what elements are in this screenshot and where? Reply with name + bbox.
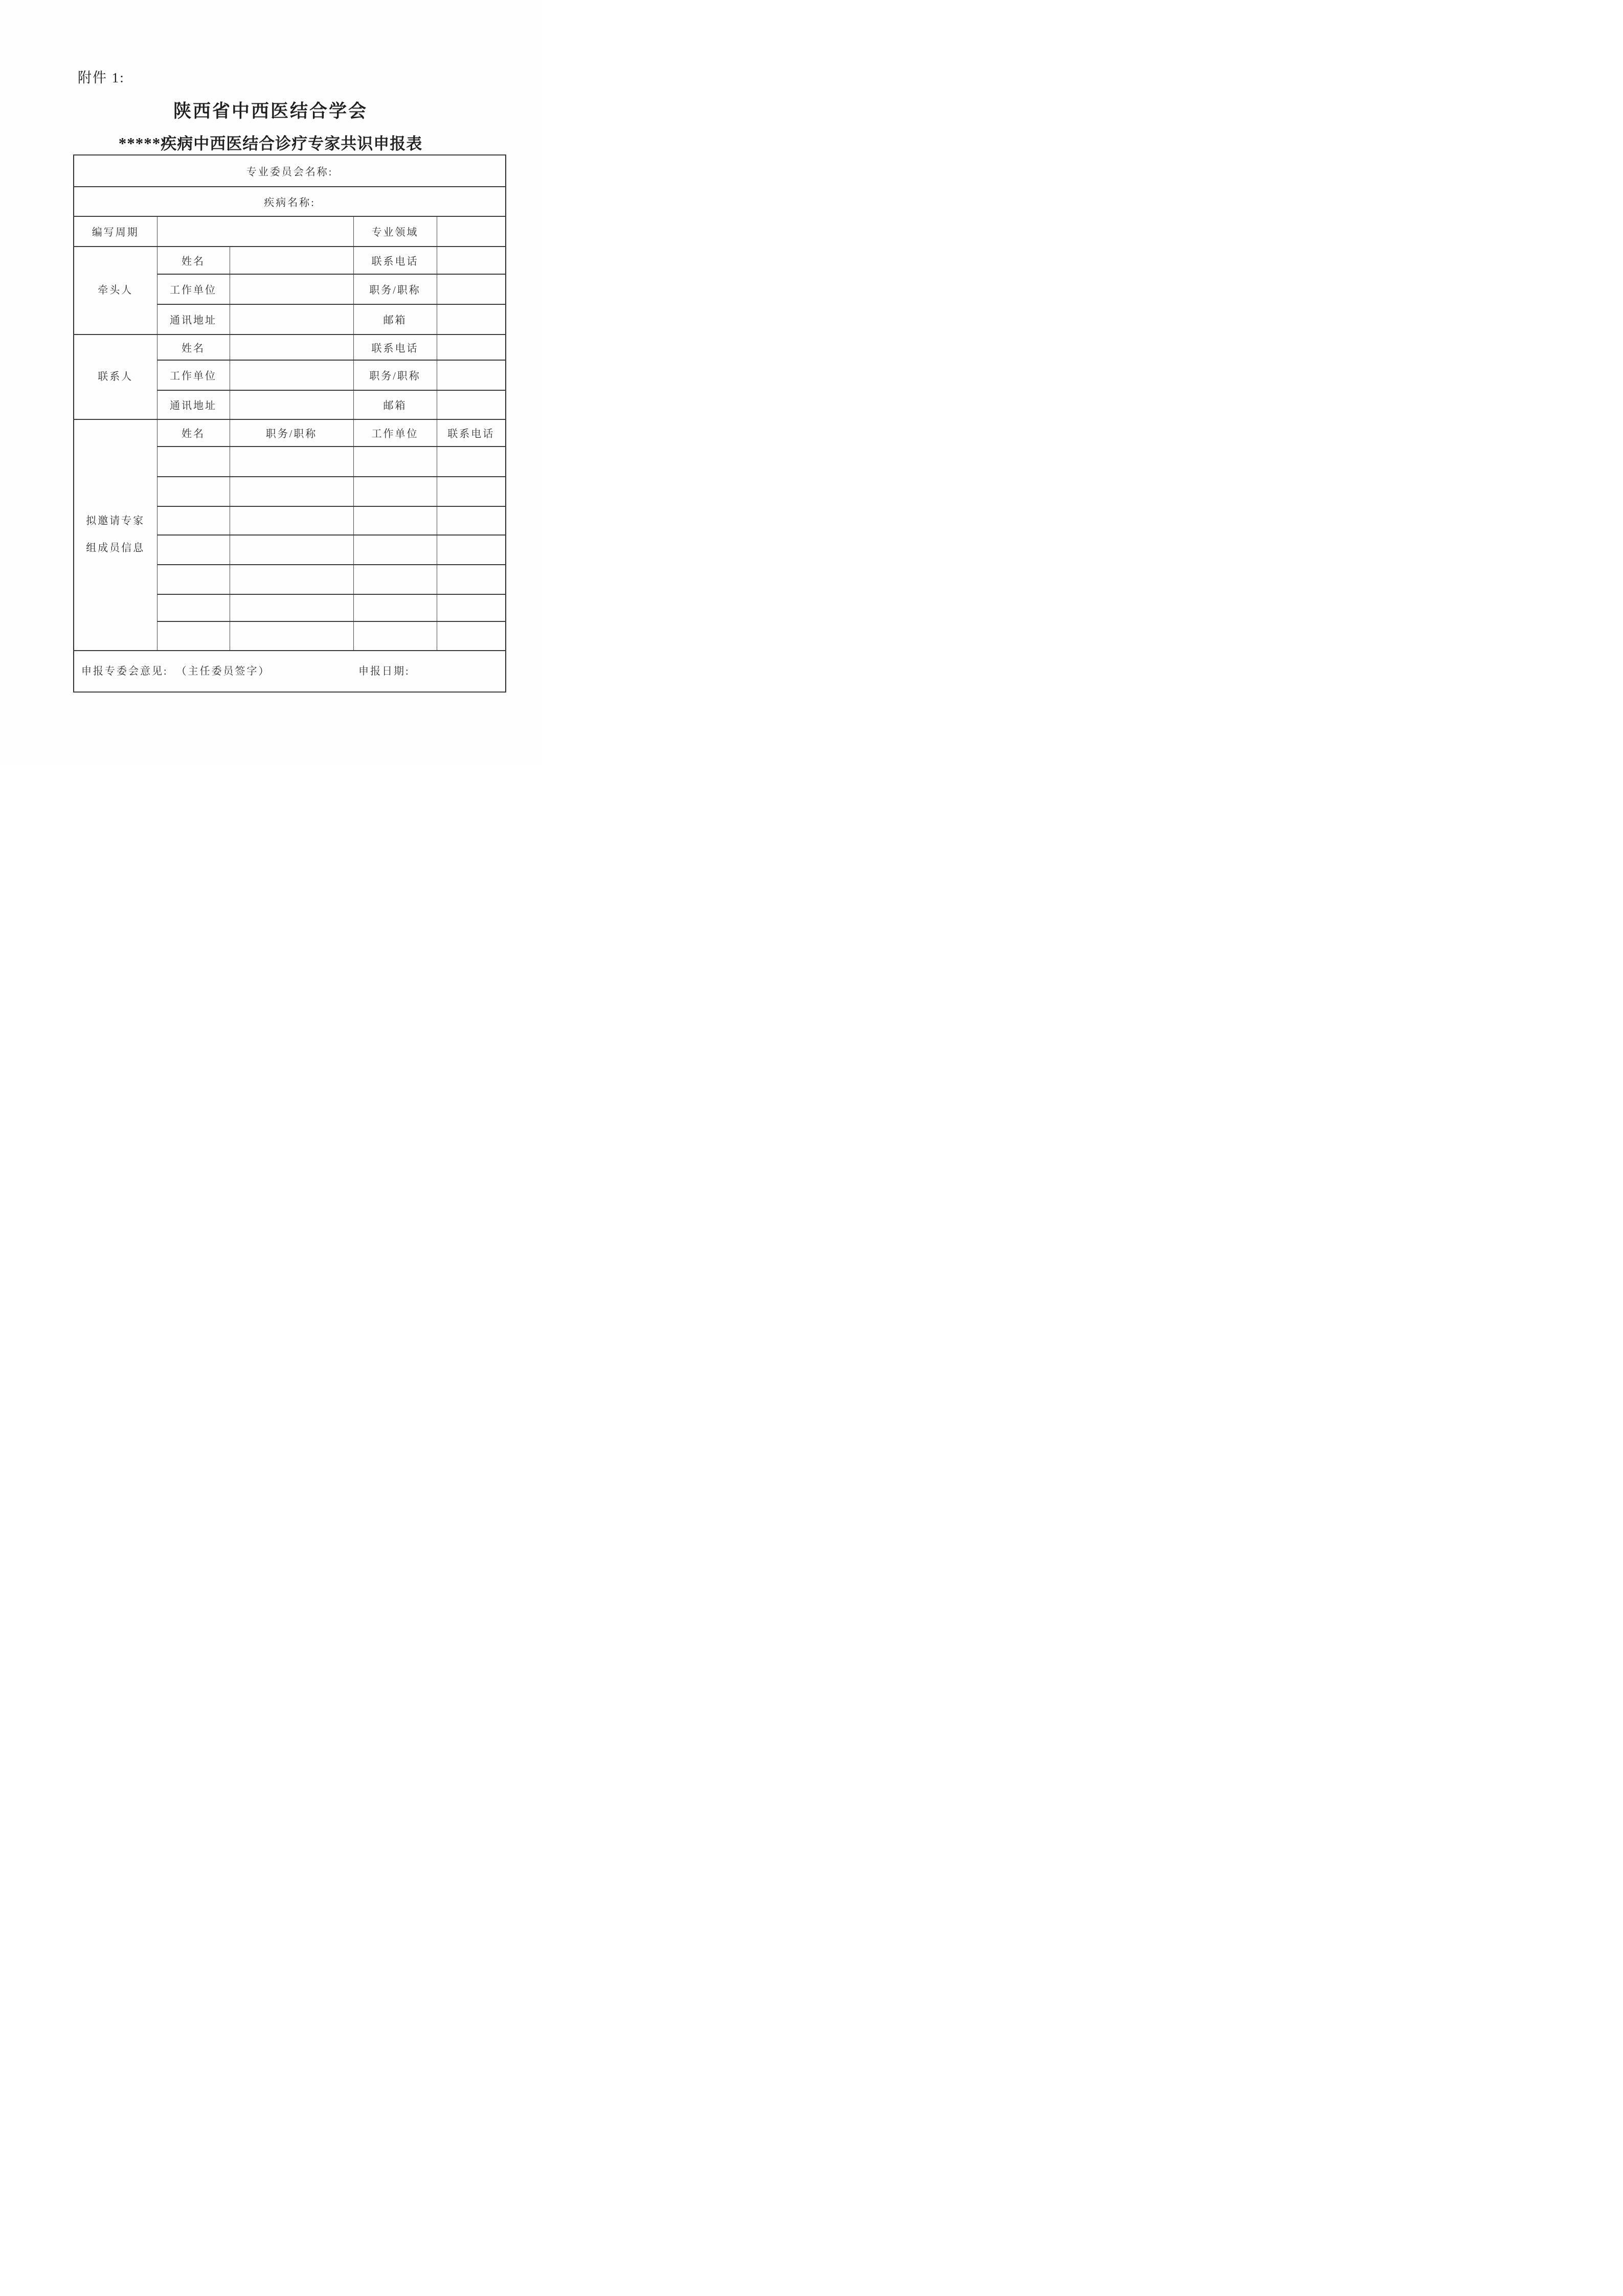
writing-cycle-label-cell: 编写周期 bbox=[74, 216, 157, 247]
contact-position-value-cell bbox=[437, 360, 506, 390]
expert-workunit-cell bbox=[353, 477, 437, 506]
lead-email-label-cell: 邮箱 bbox=[353, 304, 437, 335]
contact-phone-label-cell: 联系电话 bbox=[353, 335, 437, 360]
expert-position-cell bbox=[230, 535, 353, 565]
contact-email-label-cell: 邮箱 bbox=[353, 390, 437, 419]
lead-person-group-cell: 牵头人 bbox=[74, 247, 157, 335]
expert-position-cell bbox=[230, 594, 353, 621]
expert-position-cell bbox=[230, 447, 353, 477]
experts-group-cell: 拟邀请专家 组成员信息 bbox=[74, 419, 157, 651]
specialty-field-label-cell: 专业领域 bbox=[353, 216, 437, 247]
expert-workunit-cell bbox=[353, 594, 437, 621]
signature-hint: （主任委员签字） bbox=[176, 666, 270, 677]
contact-phone-value-cell bbox=[437, 335, 506, 360]
expert-position-cell bbox=[230, 506, 353, 535]
writing-cycle-value-cell bbox=[157, 216, 353, 247]
expert-workunit-cell bbox=[353, 565, 437, 594]
lead-position-value-cell bbox=[437, 274, 506, 304]
expert-name-cell bbox=[157, 594, 230, 621]
lead-email-value-cell bbox=[437, 304, 506, 335]
expert-position-cell bbox=[230, 565, 353, 594]
lead-workunit-label-cell: 工作单位 bbox=[157, 274, 230, 304]
document-subtitle: *****疾病中西医结合诊疗专家共识申报表 bbox=[0, 130, 541, 153]
experts-col-workunit-header: 工作单位 bbox=[353, 419, 437, 447]
contact-name-label-cell: 姓名 bbox=[157, 335, 230, 360]
expert-position-cell bbox=[230, 477, 353, 506]
contact-name-value-cell bbox=[230, 335, 353, 360]
application-form-table: 专业委员会名称: 疾病名称: 编写周期 专业领域 牵头人 姓名 联系电话 工作单… bbox=[73, 154, 506, 693]
expert-phone-cell bbox=[437, 506, 506, 535]
expert-workunit-cell bbox=[353, 621, 437, 651]
committee-name-cell: 专业委员会名称: bbox=[74, 155, 506, 187]
scanned-form-page: 附件 1: 陕西省中西医结合学会 *****疾病中西医结合诊疗专家共识申报表 专… bbox=[0, 0, 541, 765]
committee-opinion-label: 申报专委会意见: bbox=[81, 666, 168, 677]
expert-phone-cell bbox=[437, 621, 506, 651]
expert-phone-cell bbox=[437, 477, 506, 506]
experts-group-label-line2: 组成员信息 bbox=[86, 543, 145, 554]
expert-name-cell bbox=[157, 506, 230, 535]
contact-email-value-cell bbox=[437, 390, 506, 419]
experts-col-name-header: 姓名 bbox=[157, 419, 230, 447]
expert-name-cell bbox=[157, 535, 230, 565]
lead-position-label-cell: 职务/职称 bbox=[353, 274, 437, 304]
expert-phone-cell bbox=[437, 565, 506, 594]
lead-phone-label-cell: 联系电话 bbox=[353, 247, 437, 274]
expert-position-cell bbox=[230, 621, 353, 651]
expert-phone-cell bbox=[437, 594, 506, 621]
lead-phone-value-cell bbox=[437, 247, 506, 274]
lead-name-value-cell bbox=[230, 247, 353, 274]
lead-workunit-value-cell bbox=[230, 274, 353, 304]
contact-address-label-cell: 通讯地址 bbox=[157, 390, 230, 419]
disease-name-cell: 疾病名称: bbox=[74, 187, 506, 216]
lead-address-label-cell: 通讯地址 bbox=[157, 304, 230, 335]
expert-workunit-cell bbox=[353, 506, 437, 535]
expert-workunit-cell bbox=[353, 447, 437, 477]
contact-position-label-cell: 职务/职称 bbox=[353, 360, 437, 390]
contact-workunit-value-cell bbox=[230, 360, 353, 390]
contact-workunit-label-cell: 工作单位 bbox=[157, 360, 230, 390]
lead-address-value-cell bbox=[230, 304, 353, 335]
expert-name-cell bbox=[157, 477, 230, 506]
lead-name-label-cell: 姓名 bbox=[157, 247, 230, 274]
experts-col-position-header: 职务/职称 bbox=[230, 419, 353, 447]
expert-name-cell bbox=[157, 621, 230, 651]
experts-group-label-line1: 拟邀请专家 bbox=[86, 516, 145, 527]
expert-name-cell bbox=[157, 565, 230, 594]
expert-workunit-cell bbox=[353, 535, 437, 565]
contact-address-value-cell bbox=[230, 390, 353, 419]
experts-col-phone-header: 联系电话 bbox=[437, 419, 506, 447]
application-date-label: 申报日期: bbox=[358, 663, 410, 678]
document-title: 陕西省中西医结合学会 bbox=[0, 97, 541, 123]
contact-person-group-cell: 联系人 bbox=[74, 335, 157, 419]
specialty-field-value-cell bbox=[437, 216, 506, 247]
expert-name-cell bbox=[157, 447, 230, 477]
expert-phone-cell bbox=[437, 535, 506, 565]
attachment-label: 附件 1: bbox=[78, 66, 125, 86]
footer-row-cell: 申报专委会意见:（主任委员签字） 申报日期: bbox=[74, 651, 506, 692]
expert-phone-cell bbox=[437, 447, 506, 477]
